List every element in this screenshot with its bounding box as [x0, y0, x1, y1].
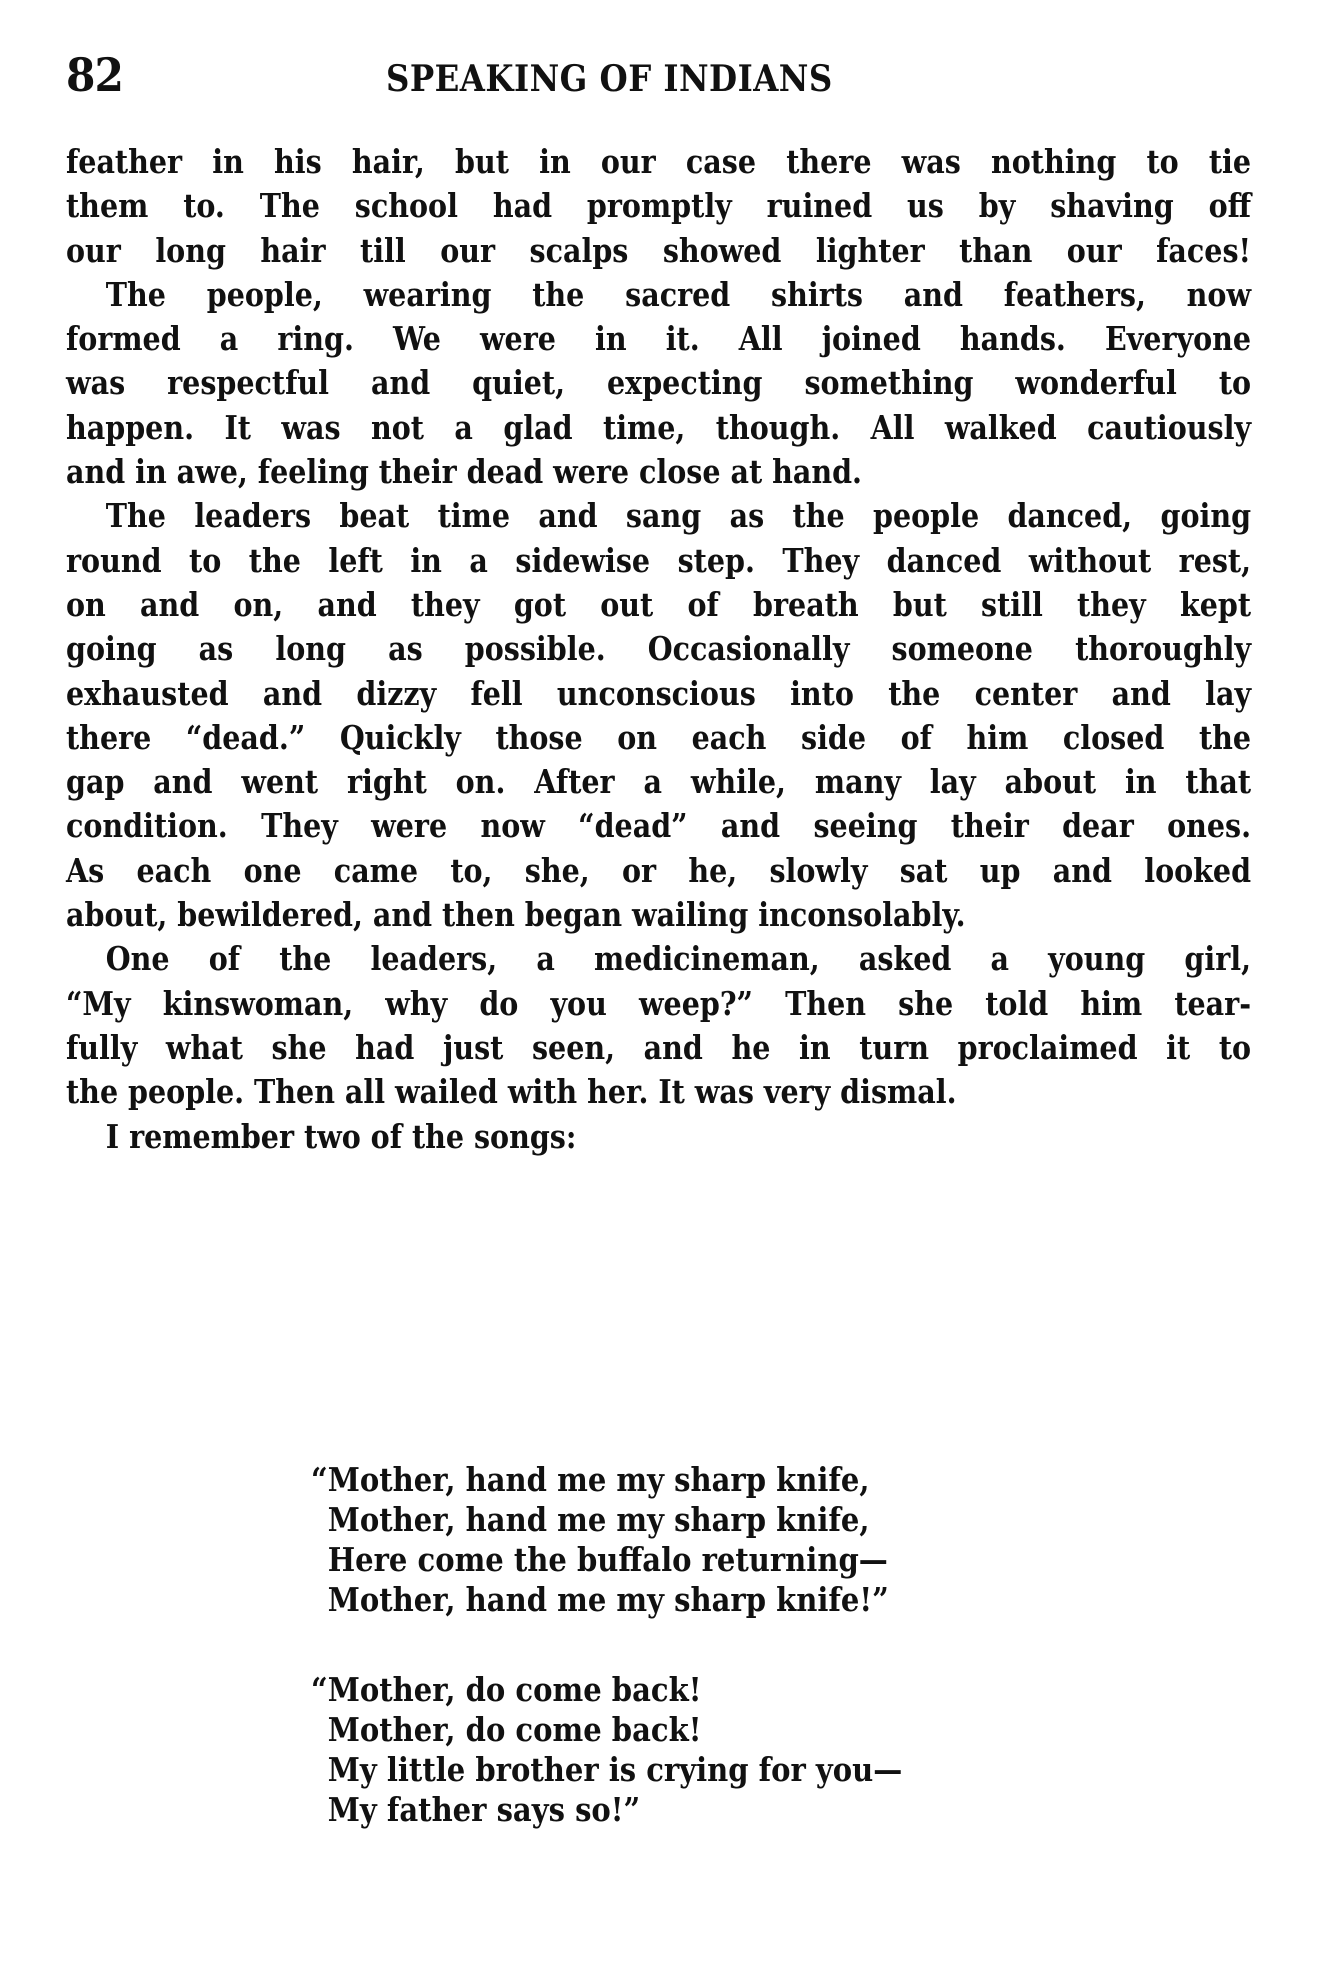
song-line: My father says so!” [311, 1790, 902, 1830]
text-line: condition. They were now “dead” and seei… [66, 804, 1251, 848]
text-line: our long hair till our scalps showed lig… [66, 229, 1251, 273]
paragraph-5: I remember two of the songs: [66, 1115, 1251, 1159]
text-line: about, bewildered, and then began wailin… [66, 893, 1251, 937]
text-line: round to the left in a sidewise step. Th… [66, 539, 1251, 583]
text-line: exhausted and dizzy fell unconscious int… [66, 672, 1251, 716]
text-line: As each one came to, she, or he, slowly … [66, 849, 1251, 893]
body-text: feather in his hair, but in our case the… [66, 140, 1251, 1159]
song-line: Mother, hand me my sharp knife!” [311, 1580, 902, 1620]
song-line: Mother, do come back! [311, 1710, 902, 1750]
text-line: on and on, and they got out of breath bu… [66, 583, 1251, 627]
song-1: “Mother, hand me my sharp knife, Mother,… [311, 1460, 983, 1620]
text-line: and in awe, feeling their dead were clos… [66, 450, 1251, 494]
text-line: gap and went right on. After a while, ma… [66, 760, 1251, 804]
paragraph-3: The leaders beat time and sang as the pe… [66, 494, 1251, 937]
text-line: was respectful and quiet, expecting some… [66, 361, 1251, 405]
text-line: going as long as possible. Occasionally … [66, 627, 1251, 671]
text-line: One of the leaders, a medicineman, asked… [66, 937, 1251, 981]
text-line: “My kinswoman, why do you weep?” Then sh… [66, 982, 1251, 1026]
text-line: The leaders beat time and sang as the pe… [66, 494, 1251, 538]
song-line: My little brother is crying for you— [311, 1750, 902, 1790]
song-line: Mother, hand me my sharp knife, [311, 1500, 902, 1540]
text-line: the people. Then all wailed with her. It… [66, 1070, 1251, 1114]
page-header: 82 SPEAKING OF INDIANS [66, 48, 1251, 108]
text-line: formed a ring. We were in it. All joined… [66, 317, 1251, 361]
song-line: “Mother, do come back! [311, 1670, 902, 1710]
paragraph-1: feather in his hair, but in our case the… [66, 140, 1251, 273]
text-line: happen. It was not a glad time, though. … [66, 406, 1251, 450]
paragraph-4: One of the leaders, a medicineman, asked… [66, 937, 1251, 1114]
text-line: them to. The school had promptly ruined … [66, 184, 1251, 228]
song-2: “Mother, do come back! Mother, do come b… [311, 1670, 983, 1830]
song-line: “Mother, hand me my sharp knife, [311, 1460, 902, 1500]
running-head-title: SPEAKING OF INDIANS [386, 58, 833, 100]
text-line: there “dead.” Quickly those on each side… [66, 716, 1251, 760]
song-line: Here come the buffalo returning— [311, 1540, 902, 1580]
text-line: feather in his hair, but in our case the… [66, 140, 1251, 184]
text-line: The people, wearing the sacred shirts an… [66, 273, 1251, 317]
text-line: I remember two of the songs: [66, 1115, 1251, 1159]
paragraph-2: The people, wearing the sacred shirts an… [66, 273, 1251, 494]
text-line: fully what she had just seen, and he in … [66, 1026, 1251, 1070]
songs-block: “Mother, hand me my sharp knife, Mother,… [311, 1460, 983, 1880]
page-number: 82 [66, 48, 123, 102]
